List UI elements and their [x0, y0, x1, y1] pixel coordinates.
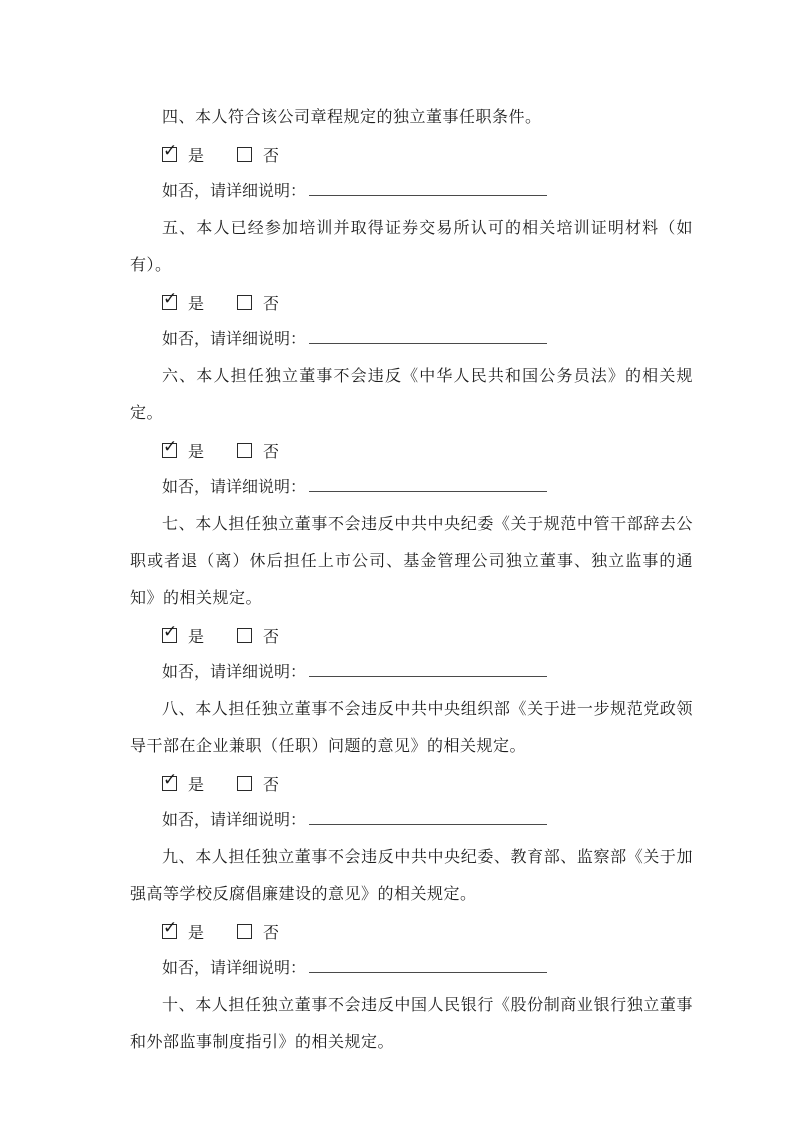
question-text: 五、本人已经参加培训并取得证券交易所认可的相关培训证明材料（如有）。 — [130, 210, 693, 284]
checkmark-icon: ✓ — [163, 143, 177, 160]
explain-label: 如否，请详细说明： — [162, 812, 306, 829]
yes-checkbox[interactable]: ✓ — [162, 295, 177, 310]
explain-label: 如否，请详细说明： — [162, 479, 306, 496]
document-page: 四、本人符合该公司章程规定的独立董事任职条件。 ✓ 是 否 如否，请详细说明： … — [0, 0, 793, 1122]
question-text: 七、本人担任独立董事不会违反中共中央纪委《关于规范中管干部辞去公职或者退（离）休… — [130, 506, 693, 617]
no-label: 否 — [263, 439, 279, 462]
explain-row: 如否，请详细说明： — [130, 469, 693, 506]
yes-checkbox[interactable]: ✓ — [162, 924, 177, 939]
explain-row: 如否，请详细说明： — [130, 173, 693, 210]
explain-blank-field[interactable] — [309, 661, 547, 677]
explain-label: 如否，请详细说明： — [162, 183, 306, 200]
answer-row: ✓ 是 否 — [130, 617, 693, 654]
no-label: 否 — [263, 143, 279, 166]
question-item-5: 五、本人已经参加培训并取得证券交易所认可的相关培训证明材料（如有）。 ✓ 是 否… — [130, 210, 693, 358]
explain-blank-field[interactable] — [309, 180, 547, 196]
yes-label: 是 — [188, 772, 204, 795]
answer-row: ✓ 是 否 — [130, 913, 693, 950]
question-text: 十、本人担任独立董事不会违反中国人民银行《股份制商业银行独立董事和外部监事制度指… — [130, 987, 693, 1061]
no-checkbox[interactable] — [237, 443, 252, 458]
explain-row: 如否，请详细说明： — [130, 802, 693, 839]
question-text: 九、本人担任独立董事不会违反中共中央纪委、教育部、监察部《关于加强高等学校反腐倡… — [130, 839, 693, 913]
no-checkbox[interactable] — [237, 147, 252, 162]
yes-label: 是 — [188, 143, 204, 166]
question-item-10: 十、本人担任独立董事不会违反中国人民银行《股份制商业银行独立董事和外部监事制度指… — [130, 987, 693, 1061]
explain-row: 如否，请详细说明： — [130, 321, 693, 358]
explain-blank-field[interactable] — [309, 957, 547, 973]
question-item-7: 七、本人担任独立董事不会违反中共中央纪委《关于规范中管干部辞去公职或者退（离）休… — [130, 506, 693, 691]
explain-label: 如否，请详细说明： — [162, 664, 306, 681]
explain-label: 如否，请详细说明： — [162, 331, 306, 348]
question-item-4: 四、本人符合该公司章程规定的独立董事任职条件。 ✓ 是 否 如否，请详细说明： — [130, 99, 693, 210]
no-label: 否 — [263, 920, 279, 943]
no-checkbox[interactable] — [237, 295, 252, 310]
answer-row: ✓ 是 否 — [130, 284, 693, 321]
explain-row: 如否，请详细说明： — [130, 654, 693, 691]
no-checkbox[interactable] — [237, 776, 252, 791]
question-text: 六、本人担任独立董事不会违反《中华人民共和国公务员法》的相关规定。 — [130, 358, 693, 432]
yes-checkbox[interactable]: ✓ — [162, 628, 177, 643]
explain-row: 如否，请详细说明： — [130, 950, 693, 987]
no-label: 否 — [263, 291, 279, 314]
question-item-6: 六、本人担任独立董事不会违反《中华人民共和国公务员法》的相关规定。 ✓ 是 否 … — [130, 358, 693, 506]
checkmark-icon: ✓ — [163, 920, 177, 937]
answer-row: ✓ 是 否 — [130, 136, 693, 173]
checkmark-icon: ✓ — [163, 624, 177, 641]
no-label: 否 — [263, 772, 279, 795]
no-checkbox[interactable] — [237, 924, 252, 939]
explain-blank-field[interactable] — [309, 328, 547, 344]
question-text: 四、本人符合该公司章程规定的独立董事任职条件。 — [130, 99, 693, 136]
no-checkbox[interactable] — [237, 628, 252, 643]
yes-label: 是 — [188, 920, 204, 943]
checkmark-icon: ✓ — [163, 291, 177, 308]
yes-checkbox[interactable]: ✓ — [162, 443, 177, 458]
question-item-9: 九、本人担任独立董事不会违反中共中央纪委、教育部、监察部《关于加强高等学校反腐倡… — [130, 839, 693, 987]
yes-checkbox[interactable]: ✓ — [162, 147, 177, 162]
answer-row: ✓ 是 否 — [130, 765, 693, 802]
explain-blank-field[interactable] — [309, 476, 547, 492]
answer-row: ✓ 是 否 — [130, 432, 693, 469]
explain-label: 如否，请详细说明： — [162, 960, 306, 977]
yes-label: 是 — [188, 291, 204, 314]
question-item-8: 八、本人担任独立董事不会违反中共中央组织部《关于进一步规范党政领导干部在企业兼职… — [130, 691, 693, 839]
explain-blank-field[interactable] — [309, 809, 547, 825]
checkmark-icon: ✓ — [163, 772, 177, 789]
checkmark-icon: ✓ — [163, 439, 177, 456]
yes-label: 是 — [188, 624, 204, 647]
yes-checkbox[interactable]: ✓ — [162, 776, 177, 791]
question-text: 八、本人担任独立董事不会违反中共中央组织部《关于进一步规范党政领导干部在企业兼职… — [130, 691, 693, 765]
yes-label: 是 — [188, 439, 204, 462]
no-label: 否 — [263, 624, 279, 647]
